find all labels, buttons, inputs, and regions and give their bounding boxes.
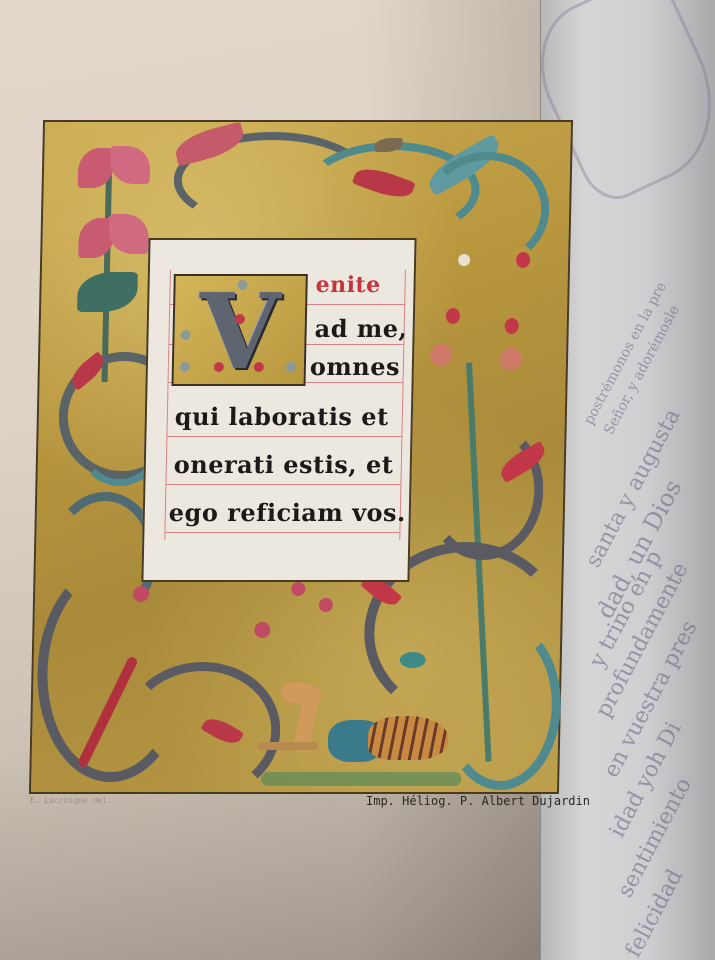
line-venite: enite [315, 272, 381, 298]
green-leaf [77, 272, 138, 312]
line-omnes: omnes [310, 352, 401, 381]
pink-blossom [108, 214, 149, 254]
strawberry [446, 308, 460, 324]
line-onerati: onerati estis, et [174, 450, 394, 479]
line-ego-reficiam: ego reficiam vos. [169, 498, 407, 527]
pink-blossom [110, 146, 151, 184]
text-panel: V enite ad me, omnes qui laboratis et on… [141, 238, 416, 582]
flower-stem [102, 152, 113, 382]
grass-ground [261, 772, 461, 786]
dragon-creature [257, 682, 449, 772]
creature-head [281, 682, 321, 704]
ruled-line [165, 484, 401, 485]
creature-leg [258, 742, 318, 750]
ruled-line [166, 436, 402, 437]
illuminated-initial: V [171, 274, 307, 386]
illuminated-border: V enite ad me, omnes qui laboratis et on… [29, 120, 573, 794]
thistle-flower [291, 582, 305, 596]
rose-flower [430, 344, 452, 366]
strawberry [505, 318, 519, 334]
strawberry [516, 252, 530, 268]
line-ad-me: ad me, [314, 314, 407, 343]
artist-credit: E. Lacroigne del. [30, 796, 112, 805]
acanthus-scroll [424, 422, 545, 560]
printer-credit: Imp. Héliog. P. Albert Dujardin [366, 794, 590, 808]
acanthus-scroll [422, 152, 550, 268]
creature-striped-body [368, 716, 449, 760]
rose-flower [500, 348, 522, 370]
line-qui-laboratis: qui laboratis et [175, 402, 389, 431]
ruled-line [164, 532, 400, 533]
thistle-flower [319, 598, 333, 612]
thistle-flower [254, 622, 270, 638]
acanthus-scroll [441, 622, 563, 790]
